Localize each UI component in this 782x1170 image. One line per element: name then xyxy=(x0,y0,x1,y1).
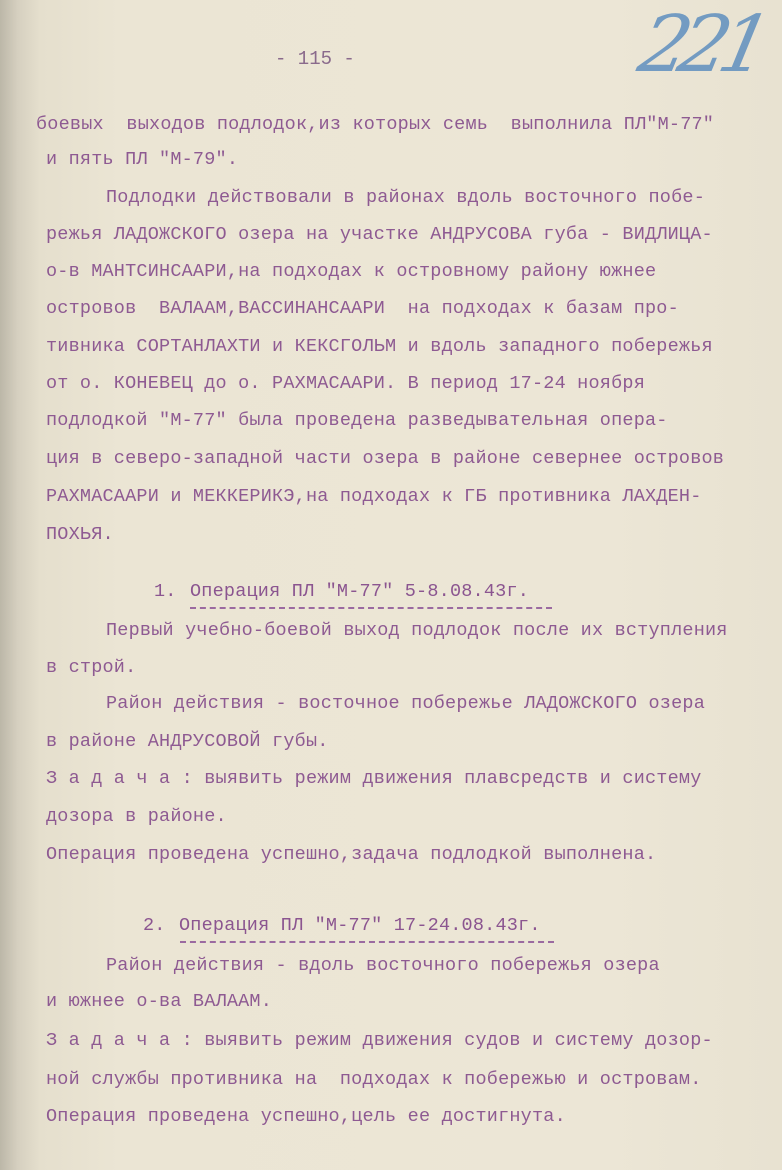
operation-line: Первый учебно-боевой выход подлодок посл… xyxy=(106,620,728,641)
operation-line: Операция проведена успешно,задача подлод… xyxy=(46,844,656,865)
operation-line: в строй. xyxy=(46,657,136,678)
paragraph-line: ция в северо-западной части озера в райо… xyxy=(46,448,724,469)
operation-line: З а д а ч а : выявить режим движения пла… xyxy=(46,768,702,789)
document-page: 221 - 115 - боевых выходов подлодок,из к… xyxy=(0,0,782,1170)
operation-1-title: Операция ПЛ "М-77" 5-8.08.43г. xyxy=(190,581,529,602)
operation-line: дозора в районе. xyxy=(46,806,227,827)
operation-line: З а д а ч а : выявить режим движения суд… xyxy=(46,1030,713,1051)
paragraph-line: островов ВАЛААМ,ВАССИНАНСААРИ на подхода… xyxy=(46,298,679,319)
intro-line: боевых выходов подлодок,из которых семь … xyxy=(36,114,714,135)
archive-stamp-number: 221 xyxy=(632,0,770,90)
intro-line: и пять ПЛ "М-79". xyxy=(46,149,238,170)
operation-1-number: 1. xyxy=(154,581,177,602)
paragraph-line: от о. КОНЕВЕЦ до о. РАХМАСААРИ. В период… xyxy=(46,373,645,394)
operation-line: в районе АНДРУСОВОЙ губы. xyxy=(46,731,329,752)
paragraph-line: о-в МАНТСИНСААРИ,на подходах к островном… xyxy=(46,261,656,282)
operation-2-underline xyxy=(180,941,554,943)
paragraph-line: режья ЛАДОЖСКОГО озера на участке АНДРУС… xyxy=(46,224,713,245)
operation-2-title: Операция ПЛ "М-77" 17-24.08.43г. xyxy=(179,915,541,936)
paragraph-line: РАХМАСААРИ и МЕККЕРИКЭ,на подходах к ГБ … xyxy=(46,486,702,507)
operation-line: и южнее о-ва ВАЛААМ. xyxy=(46,991,272,1012)
operation-line: Район действия - восточное побережье ЛАД… xyxy=(106,693,705,714)
paragraph-line: ПОХЬЯ. xyxy=(46,524,114,545)
operation-line: Район действия - вдоль восточного побере… xyxy=(106,955,660,976)
paragraph-line: тивника СОРТАНЛАХТИ и КЕКСГОЛЬМ и вдоль … xyxy=(46,336,713,357)
operation-line: Операция проведена успешно,цель ее дости… xyxy=(46,1106,566,1127)
paragraph-line: подлодкой "М-77" была проведена разведыв… xyxy=(46,410,668,431)
paragraph-line: Подлодки действовали в районах вдоль вос… xyxy=(106,187,705,208)
operation-1-underline xyxy=(190,607,552,609)
operation-2-number: 2. xyxy=(143,915,166,936)
page-number: - 115 - xyxy=(275,48,355,70)
operation-line: ной службы противника на подходах к побе… xyxy=(46,1069,702,1090)
